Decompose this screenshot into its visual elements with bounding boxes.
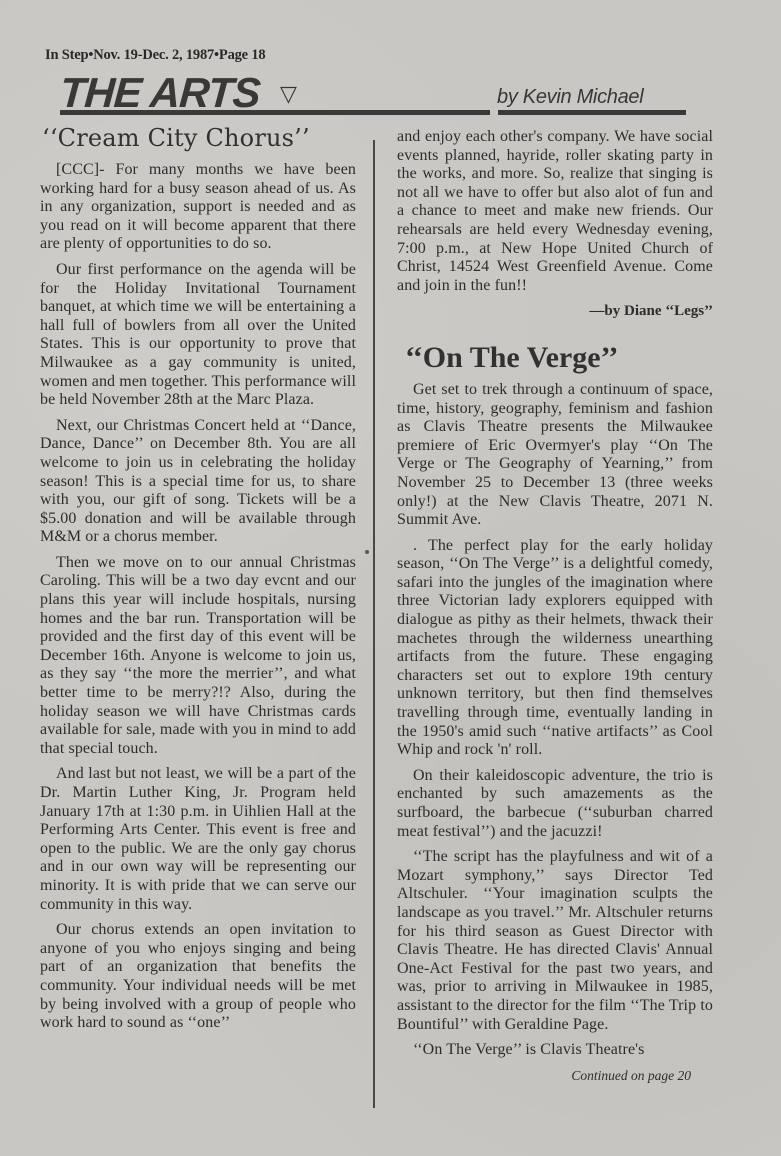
article-paragraph: Our first performance on the agenda will… — [40, 261, 356, 410]
article-paragraph: ‘‘The script has the playfulness and wit… — [397, 848, 713, 1034]
article-paragraph: Get set to trek through a continuum of s… — [397, 381, 713, 530]
byline: by Kevin Michael — [497, 86, 643, 109]
article-headline-cream-city-chorus: ‘‘Cream City Chorus’’ — [42, 123, 356, 153]
article-paragraph: On their kaleidoscopic adventure, the tr… — [397, 767, 713, 841]
masthead-rule-right — [498, 110, 686, 115]
article-paragraph: Then we move on to our annual Christmas … — [40, 554, 356, 759]
column-left: ‘‘Cream City Chorus’’ [CCC]- For many mo… — [40, 123, 356, 1040]
section-title: THE ARTS — [59, 72, 262, 114]
masthead-rule-left — [60, 110, 490, 115]
article-paragraph: Our chorus extends an open invitation to… — [40, 921, 356, 1033]
article-paragraph: ‘‘On The Verge’’ is Clavis Theatre's — [397, 1041, 713, 1060]
print-speck — [365, 550, 369, 554]
article-headline-on-the-verge: ‘‘On The Verge’’ — [405, 341, 713, 375]
article-signature: —by Diane ‘‘Legs’’ — [397, 302, 713, 321]
article-paragraph: . The perfect play for the early holiday… — [397, 537, 713, 760]
triangle-down-outline-icon: ▽ — [280, 82, 297, 107]
article-paragraph-continued: and enjoy each other's company. We have … — [397, 128, 713, 295]
newspaper-page: In Step•Nov. 19-Dec. 2, 1987•Page 18 THE… — [0, 0, 781, 1156]
section-masthead: THE ARTS ▽ by Kevin Michael — [58, 70, 698, 120]
article-paragraph: Next, our Christmas Concert held at ‘‘Da… — [40, 417, 356, 547]
column-right: and enjoy each other's company. We have … — [397, 128, 713, 1085]
continued-on-page-link[interactable]: Continued on page 20 — [397, 1067, 691, 1086]
column-divider — [373, 140, 375, 1108]
article-paragraph: And last but not least, we will be a par… — [40, 765, 356, 914]
article-paragraph: [CCC]- For many months we have been work… — [40, 161, 356, 254]
page-folio: In Step•Nov. 19-Dec. 2, 1987•Page 18 — [45, 47, 265, 64]
